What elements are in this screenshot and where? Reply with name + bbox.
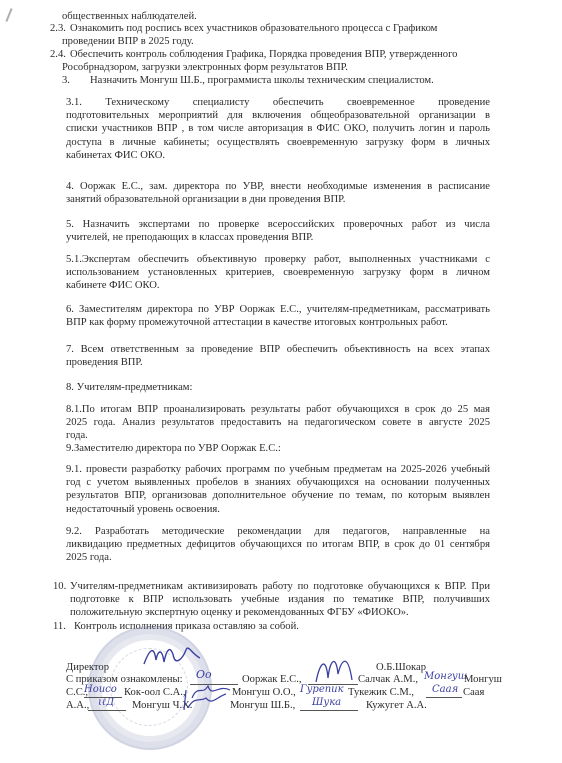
item-9-1-line-4: недостаточный уровень освоения. <box>66 503 490 516</box>
signature-saaya: Саая <box>432 684 458 695</box>
item-7-line-2: проведения ВПР. <box>66 356 490 369</box>
item-9-2-line-1: 9.2. Разработать методические рекомендац… <box>66 525 490 538</box>
signature-kok-ool: Ноuсо <box>84 684 117 695</box>
item-8-line-1: 8. Учителям-предметникам: <box>66 381 192 394</box>
item-3-1-line-1: 3.1. Техническому специалисту обеспечить… <box>66 96 490 109</box>
item-9-1-line-3: результатов ВПР, организовав дополнитель… <box>66 489 490 502</box>
item-7-paragraph: 7. Всем ответственным за проведение ВПР … <box>66 343 490 369</box>
name-kok-ool: Кок-оол С.А., <box>124 686 186 699</box>
item-5-line-2: учителей, не преподающих в классах прове… <box>66 231 490 244</box>
item-10-line-1: Учителям-предметникам активизировать раб… <box>70 580 490 593</box>
signature-mongush-1: Монгуш <box>424 671 467 682</box>
item-2-4-line-2: Рособрнадзором, загрузки электронных фор… <box>62 61 348 74</box>
name-mongush-shb: Монгуш Ш.Б., <box>230 699 295 712</box>
margin-pen-mark <box>5 8 12 22</box>
item-3-1-line-5: кабинетах ФИС ОКО. <box>66 149 490 162</box>
item-8-1-paragraph: 8.1.По итогам ВПР проанализировать резул… <box>66 403 490 443</box>
item-4-line-2: занятий образовательной организации в дн… <box>66 193 490 206</box>
item-3-number: 3. <box>62 74 70 87</box>
director-signature <box>140 640 210 670</box>
name-oorzhak: Ооржак Е.С., <box>242 673 302 686</box>
item-8-1-line-1: 8.1.По итогам ВПР проанализировать резул… <box>66 403 490 416</box>
signature-line-aa <box>88 710 126 711</box>
signature-salchak <box>312 652 356 686</box>
item-9-2-line-2: ликвидацию предметных дефицитов обучающи… <box>66 538 490 551</box>
item-3-1-line-3: списки участников ВПР , в том числе авто… <box>66 122 490 135</box>
item-4-paragraph: 4. Ооржак Е.С., зам. директора по УВР, в… <box>66 180 490 206</box>
item-3-1-line-4: доступа в личные кабинеты; осуществлять … <box>66 136 490 149</box>
name-mongush-1: Монгуш <box>464 673 502 686</box>
item-9-line-1: 9.Заместителю директора по УВР Ооржак Е.… <box>66 442 281 455</box>
signature-mongush-ch <box>182 688 228 712</box>
name-kuzhuget: Кужугет А.А. <box>366 699 427 712</box>
name-mongush-oo: Монгуш О.О., <box>232 686 296 699</box>
item-2-3-line-2: проведении ВПР в 2025 году. <box>62 35 194 48</box>
name-tukezhik: Тукежик С.М., <box>348 686 414 699</box>
item-6-line-2: ВПР как форму промежуточной аттестации в… <box>66 316 490 329</box>
item-5-paragraph: 5. Назначить экспертами по проверке всер… <box>66 218 490 244</box>
item-8-1-line-3: года. <box>66 429 490 442</box>
item-10-number: 10. <box>53 580 66 593</box>
item-11-line-1: Контроль исполнения приказа оставляю за … <box>74 620 299 633</box>
item-3-1-paragraph: 3.1. Техническому специалисту обеспечить… <box>66 96 490 162</box>
item-7-line-1: 7. Всем ответственным за проведение ВПР … <box>66 343 490 356</box>
signature-aa: ιℓД <box>98 697 114 708</box>
item-10-line-2: подготовке к ВПР использовать учебные из… <box>70 593 490 606</box>
item-3-line-1: Назначить Монгуш Ш.Б., программиста школ… <box>90 74 434 87</box>
signature-tukezhik: Гуреnuк <box>300 684 344 695</box>
item-6-line-1: 6. Заместителям директора по УВР Ооржак … <box>66 303 490 316</box>
name-salchak: Салчак А.М., <box>358 673 418 686</box>
item-9-1-line-2: год с учетом выявленных пробелов в знани… <box>66 476 490 489</box>
item-10-line-3: положительную экспертную оценку и рекоме… <box>70 606 490 619</box>
item-9-2-paragraph: 9.2. Разработать методические рекомендац… <box>66 525 490 565</box>
item-5-line-1: 5. Назначить экспертами по проверке всер… <box>66 218 490 231</box>
item-11-number: 11. <box>53 620 66 633</box>
item-5-1-line-2: использованием установленных критериев, … <box>66 266 490 279</box>
item-5-1-line-1: 5.1.Экспертам обеспечить объективную про… <box>66 253 490 266</box>
item-4-line-1: 4. Ооржак Е.С., зам. директора по УВР, в… <box>66 180 490 193</box>
item-10-paragraph: Учителям-предметникам активизировать раб… <box>70 580 490 620</box>
item-2-3-number: 2.3. <box>50 22 66 35</box>
item-9-1-line-1: 9.1. провести разработку рабочих програм… <box>66 463 490 476</box>
item-5-1-paragraph: 5.1.Экспертам обеспечить объективную про… <box>66 253 490 293</box>
item-8-1-line-2: 2025 года. Анализ результатов предостави… <box>66 416 490 429</box>
name-aa: А.А., <box>66 699 89 712</box>
item-5-1-line-3: кабинете ФИС ОКО. <box>66 279 490 292</box>
item-9-2-line-3: 2025 года. <box>66 551 490 564</box>
signature-line-saaya <box>426 697 462 698</box>
signature-line-mongush-shb <box>300 710 358 711</box>
item-6-paragraph: 6. Заместителям директора по УВР Ооржак … <box>66 303 490 329</box>
item-3-1-line-2: подготовительных мероприятий для включен… <box>66 109 490 122</box>
item-2-4-number: 2.4. <box>50 48 66 61</box>
document-page: общественных наблюдателей. 2.3. Ознакоми… <box>0 0 562 763</box>
item-2-4-line-1: Обеспечить контроль соблюдения Графика, … <box>70 48 457 61</box>
name-saaya: Саая <box>463 686 484 699</box>
signature-mongush-shb: Шука <box>312 697 341 708</box>
item-2-3-line-1: Ознакомить под роспись всех участников о… <box>70 22 526 35</box>
item-9-1-paragraph: 9.1. провести разработку рабочих програм… <box>66 463 490 516</box>
